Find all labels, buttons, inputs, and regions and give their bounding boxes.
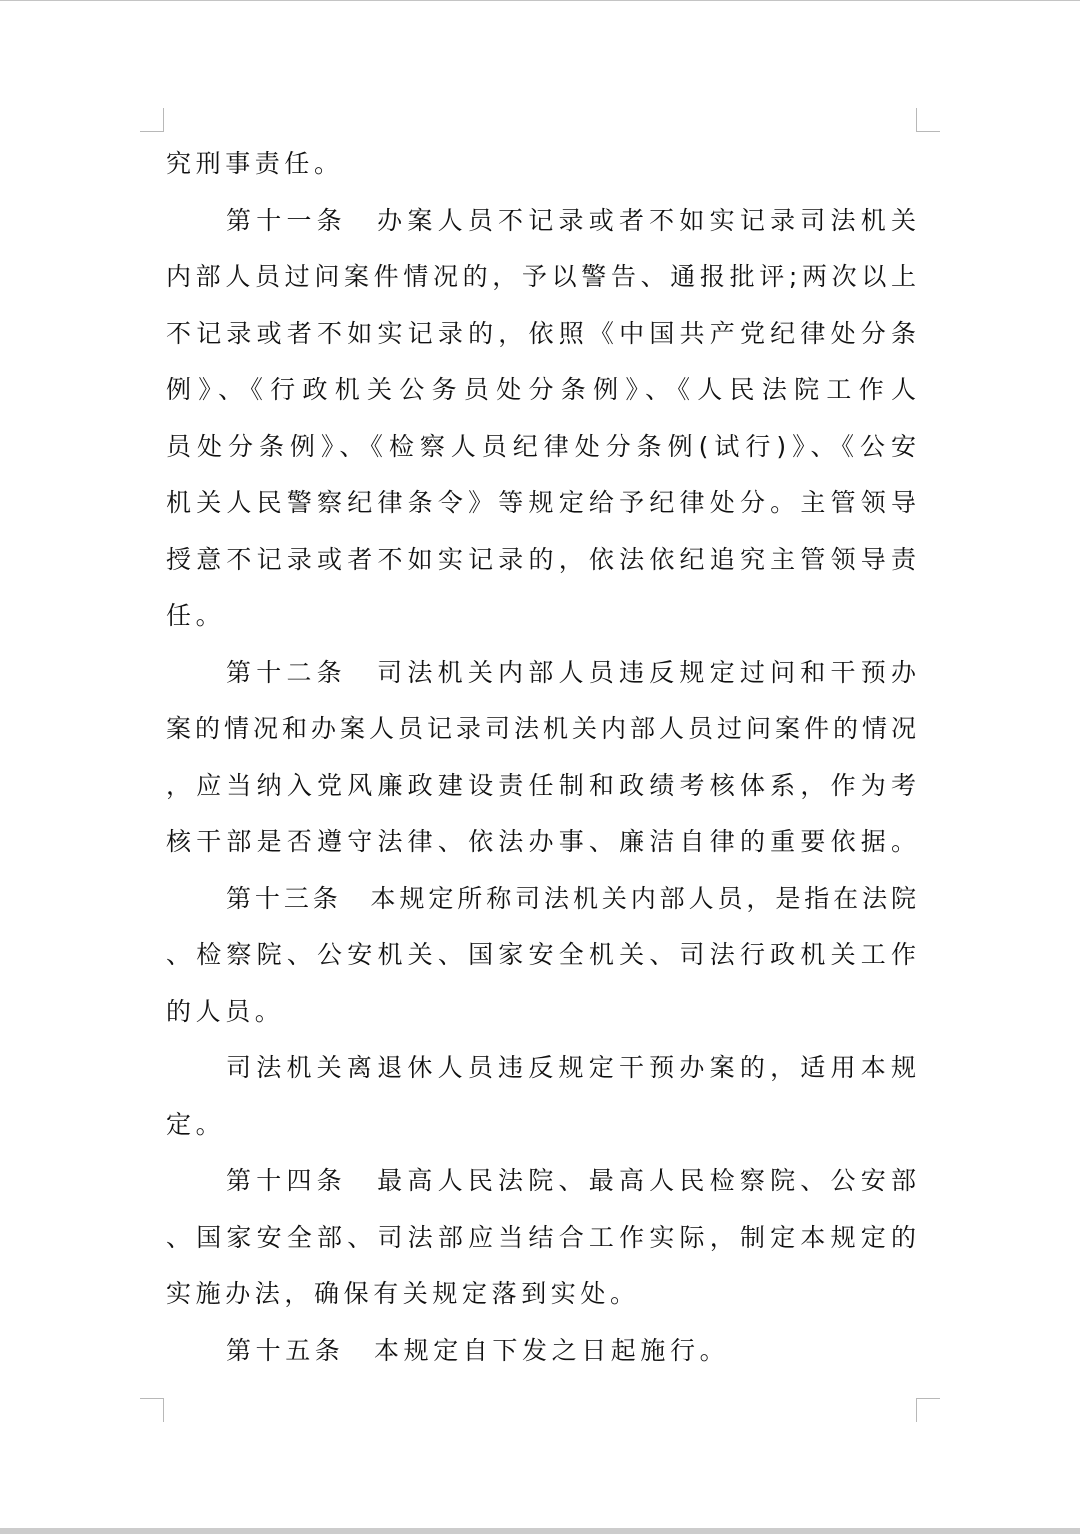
- text-line: 案的情况和办案人员记录司法机关内部人员过问案件的情况: [166, 701, 916, 758]
- text-line: 定。: [166, 1097, 916, 1154]
- margin-corner-mark-top-left: [140, 108, 164, 132]
- text-line: 实施办法，确保有关规定落到实处。: [166, 1266, 916, 1323]
- text-line: 授意不记录或者不如实记录的，依法依纪追究主管领导责: [166, 532, 916, 589]
- text-line-article-13-start: 第十三条 本规定所称司法机关内部人员，是指在法院: [166, 871, 916, 928]
- text-line: 核干部是否遵守法律、依法办事、廉洁自律的重要依据。: [166, 814, 916, 871]
- text-line: 例》、《行政机关公务员处分条例》、《人民法院工作人: [166, 362, 916, 419]
- text-line: 究刑事责任。: [166, 136, 916, 193]
- document-page: 究刑事责任。 第十一条 办案人员不记录或者不如实记录司法机关 内部人员过问案件情…: [0, 1, 1080, 1528]
- document-body: 究刑事责任。 第十一条 办案人员不记录或者不如实记录司法机关 内部人员过问案件情…: [166, 136, 916, 1379]
- margin-corner-mark-top-right: [916, 108, 940, 132]
- text-line: 机关人民警察纪律条令》等规定给予纪律处分。主管领导: [166, 475, 916, 532]
- text-line: 员处分条例》、《检察人员纪律处分条例(试行)》、《公安: [166, 419, 916, 476]
- margin-corner-mark-bottom-right: [916, 1398, 940, 1422]
- text-line: 、检察院、公安机关、国家安全机关、司法行政机关工作: [166, 927, 916, 984]
- text-line: 的人员。: [166, 984, 916, 1041]
- text-line-article-15-start: 第十五条 本规定自下发之日起施行。: [166, 1323, 916, 1380]
- text-line-article-12-start: 第十二条 司法机关内部人员违反规定过问和干预办: [166, 645, 916, 702]
- text-line: 、国家安全部、司法部应当结合工作实际，制定本规定的: [166, 1210, 916, 1267]
- text-line: 不记录或者不如实记录的，依照《中国共产党纪律处分条: [166, 306, 916, 363]
- page-bottom-gutter: [0, 1528, 1080, 1534]
- text-line: 内部人员过问案件情况的，予以警告、通报批评;两次以上: [166, 249, 916, 306]
- text-line-paragraph-start: 司法机关离退休人员违反规定干预办案的，适用本规: [166, 1040, 916, 1097]
- text-line: ，应当纳入党风廉政建设责任制和政绩考核体系，作为考: [166, 758, 916, 815]
- text-line-article-14-start: 第十四条 最高人民法院、最高人民检察院、公安部: [166, 1153, 916, 1210]
- text-line-article-11-start: 第十一条 办案人员不记录或者不如实记录司法机关: [166, 193, 916, 250]
- margin-corner-mark-bottom-left: [140, 1398, 164, 1422]
- text-line: 任。: [166, 588, 916, 645]
